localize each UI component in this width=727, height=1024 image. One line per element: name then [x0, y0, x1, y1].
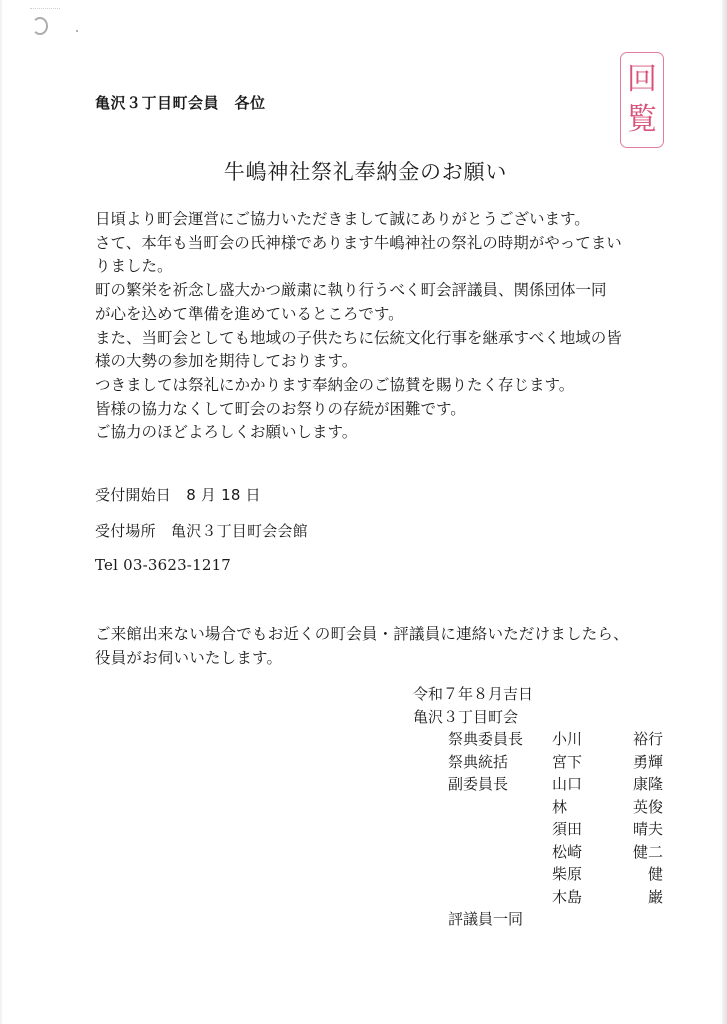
- notice-line-2: 役員がお伺いいたします。: [95, 646, 282, 668]
- signatory-surname: 山口: [552, 773, 611, 796]
- signatory-row: 副委員長 山口 康隆: [413, 773, 663, 796]
- stamp-char-1: 回: [627, 62, 657, 98]
- signatory-surname: 宮下: [552, 751, 611, 774]
- body-line: 皆様の協力なくして町会のお祭りの存続が困難です。: [95, 398, 622, 422]
- body-text: 日頃より町会運営にご協力いただきまして誠にありがとうございます。 さて、本年も当…: [95, 208, 622, 445]
- body-line: が心を込めて準備を進めているところです。: [95, 303, 622, 327]
- document-title: 牛嶋神社祭礼奉納金のお願い: [0, 156, 727, 186]
- body-line: また、当町会としても地域の子供たちに伝統文化行事を継承すべく地域の皆: [95, 327, 622, 351]
- signatory-surname: 松崎: [552, 841, 611, 864]
- signatory-surname: 柴原: [552, 863, 611, 886]
- signatory-given-name: 健二: [611, 841, 663, 864]
- body-line: さて、本年も当町会の氏神様であります牛嶋神社の祭礼の時期がやってまい: [95, 232, 622, 256]
- signatory-role: [413, 796, 552, 819]
- signatory-given-name: 裕行: [611, 728, 663, 751]
- signatory-row: 木島 巌: [413, 886, 663, 909]
- page-edge-left: [0, 0, 2, 1024]
- circulation-stamp: 回 覧: [620, 52, 664, 148]
- signatory-given-name: 康隆: [611, 773, 663, 796]
- scan-dot: [76, 30, 78, 32]
- signatory-surname: 林: [552, 796, 611, 819]
- signatory-row: 柴原 健: [413, 863, 663, 886]
- signatory-surname: 須田: [552, 818, 611, 841]
- committee-signature: 評議員一同: [413, 908, 663, 931]
- signatory-given-name: 巌: [611, 886, 663, 909]
- signatory-role: [413, 863, 552, 886]
- signatory-given-name: 晴夫: [611, 818, 663, 841]
- signatory-surname: 小川: [552, 728, 611, 751]
- addressee: 亀沢３丁目町会員 各位: [95, 92, 266, 113]
- signatory-row: 林 英俊: [413, 796, 663, 819]
- signatory-given-name: 勇輝: [611, 751, 663, 774]
- signatory-role: 祭典統括: [413, 751, 552, 774]
- notice-line-1: ご来館出来ない場合でもお近くの町会員・評議員に連絡いただけましたら、: [95, 622, 629, 644]
- signatory-role: 副委員長: [413, 773, 552, 796]
- reception-tel: Tel 03-3623-1217: [95, 556, 231, 574]
- signatory-given-name: 健: [611, 863, 663, 886]
- scan-artifact: [30, 8, 60, 10]
- signature-date: 令和７年８月吉日: [413, 683, 663, 706]
- signatory-surname: 木島: [552, 886, 611, 909]
- signatory-role: 祭典委員長: [413, 728, 552, 751]
- signature-block: 令和７年８月吉日 亀沢３丁目町会 祭典委員長 小川 裕行 祭典統括 宮下 勇輝 …: [413, 683, 663, 931]
- signatory-row: 祭典統括 宮下 勇輝: [413, 751, 663, 774]
- reception-start-date: 受付開始日 8 月 18 日: [95, 484, 261, 505]
- signatory-row: 祭典委員長 小川 裕行: [413, 728, 663, 751]
- reception-location: 受付場所 亀沢３丁目町会会館: [95, 520, 308, 541]
- signatory-row: 須田 晴夫: [413, 818, 663, 841]
- body-line: ご協力のほどよろしくお願いします。: [95, 421, 622, 445]
- body-line: つきましては祭礼にかかります奉納金のご協賛を賜りたく存じます。: [95, 374, 622, 398]
- signatory-role: [413, 841, 552, 864]
- stamp-char-2: 覧: [627, 102, 657, 138]
- page-edge-right: [722, 0, 727, 1024]
- signatory-given-name: 英俊: [611, 796, 663, 819]
- body-line: 町の繁栄を祈念し盛大かつ厳粛に執り行うべく町会評議員、関係団体一同: [95, 279, 622, 303]
- signatory-row: 松崎 健二: [413, 841, 663, 864]
- signatory-role: [413, 886, 552, 909]
- body-line: 様の大勢の参加を期待しております。: [95, 350, 622, 374]
- punch-hole-mark: [32, 17, 48, 35]
- signature-organization: 亀沢３丁目町会: [413, 706, 663, 729]
- body-line: 日頃より町会運営にご協力いただきまして誠にありがとうございます。: [95, 208, 622, 232]
- body-line: りました。: [95, 255, 622, 279]
- signatory-role: [413, 818, 552, 841]
- document-title-text: 牛嶋神社祭礼奉納金のお願い: [224, 160, 507, 184]
